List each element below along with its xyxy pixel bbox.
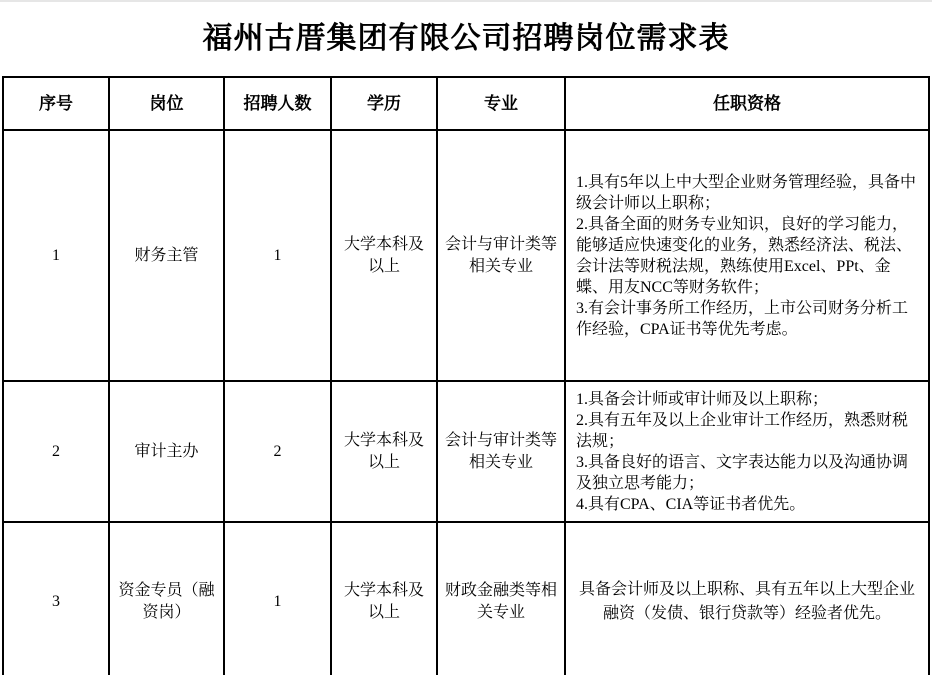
- cell-headcount: 2: [224, 381, 331, 522]
- cell-education: 大学本科及 以上: [331, 522, 437, 675]
- cell-major: 财政金融类等相 关专业: [437, 522, 565, 675]
- page-root: 福州古厝集团有限公司招聘岗位需求表 序号 岗位 招聘人数 学历 专业 任职资格 …: [0, 0, 932, 675]
- cell-seq: 1: [3, 130, 109, 381]
- column-header-seq: 序号: [3, 77, 109, 130]
- column-header-qualifications: 任职资格: [565, 77, 929, 130]
- page-title: 福州古厝集团有限公司招聘岗位需求表: [0, 2, 932, 76]
- cell-position: 财务主管: [109, 130, 224, 381]
- cell-qualifications: 1.具备会计师或审计师及以上职称； 2.具有五年及以上企业审计工作经历，熟悉财税…: [565, 381, 929, 522]
- table-header-row: 序号 岗位 招聘人数 学历 专业 任职资格: [3, 77, 929, 130]
- table-row: 3 资金专员（融 资岗） 1 大学本科及 以上 财政金融类等相 关专业 具备会计…: [3, 522, 929, 675]
- recruitment-table: 序号 岗位 招聘人数 学历 专业 任职资格 1 财务主管 1 大学本科及 以上 …: [2, 76, 930, 675]
- cell-qualifications: 1.具有5年以上中大型企业财务管理经验，具备中级会计师以上职称； 2.具备全面的…: [565, 130, 929, 381]
- column-header-position: 岗位: [109, 77, 224, 130]
- cell-major: 会计与审计类等 相关专业: [437, 130, 565, 381]
- column-header-headcount: 招聘人数: [224, 77, 331, 130]
- cell-headcount: 1: [224, 522, 331, 675]
- column-header-major: 专业: [437, 77, 565, 130]
- cell-seq: 2: [3, 381, 109, 522]
- cell-position: 资金专员（融 资岗）: [109, 522, 224, 675]
- column-header-education: 学历: [331, 77, 437, 130]
- cell-education: 大学本科及 以上: [331, 381, 437, 522]
- cell-headcount: 1: [224, 130, 331, 381]
- cell-seq: 3: [3, 522, 109, 675]
- cell-qualifications: 具备会计师及以上职称、具有五年以上大型企业融资（发债、银行贷款等）经验者优先。: [565, 522, 929, 675]
- table-row: 1 财务主管 1 大学本科及 以上 会计与审计类等 相关专业 1.具有5年以上中…: [3, 130, 929, 381]
- table-row: 2 审计主办 2 大学本科及 以上 会计与审计类等 相关专业 1.具备会计师或审…: [3, 381, 929, 522]
- cell-position: 审计主办: [109, 381, 224, 522]
- cell-major: 会计与审计类等 相关专业: [437, 381, 565, 522]
- cell-education: 大学本科及 以上: [331, 130, 437, 381]
